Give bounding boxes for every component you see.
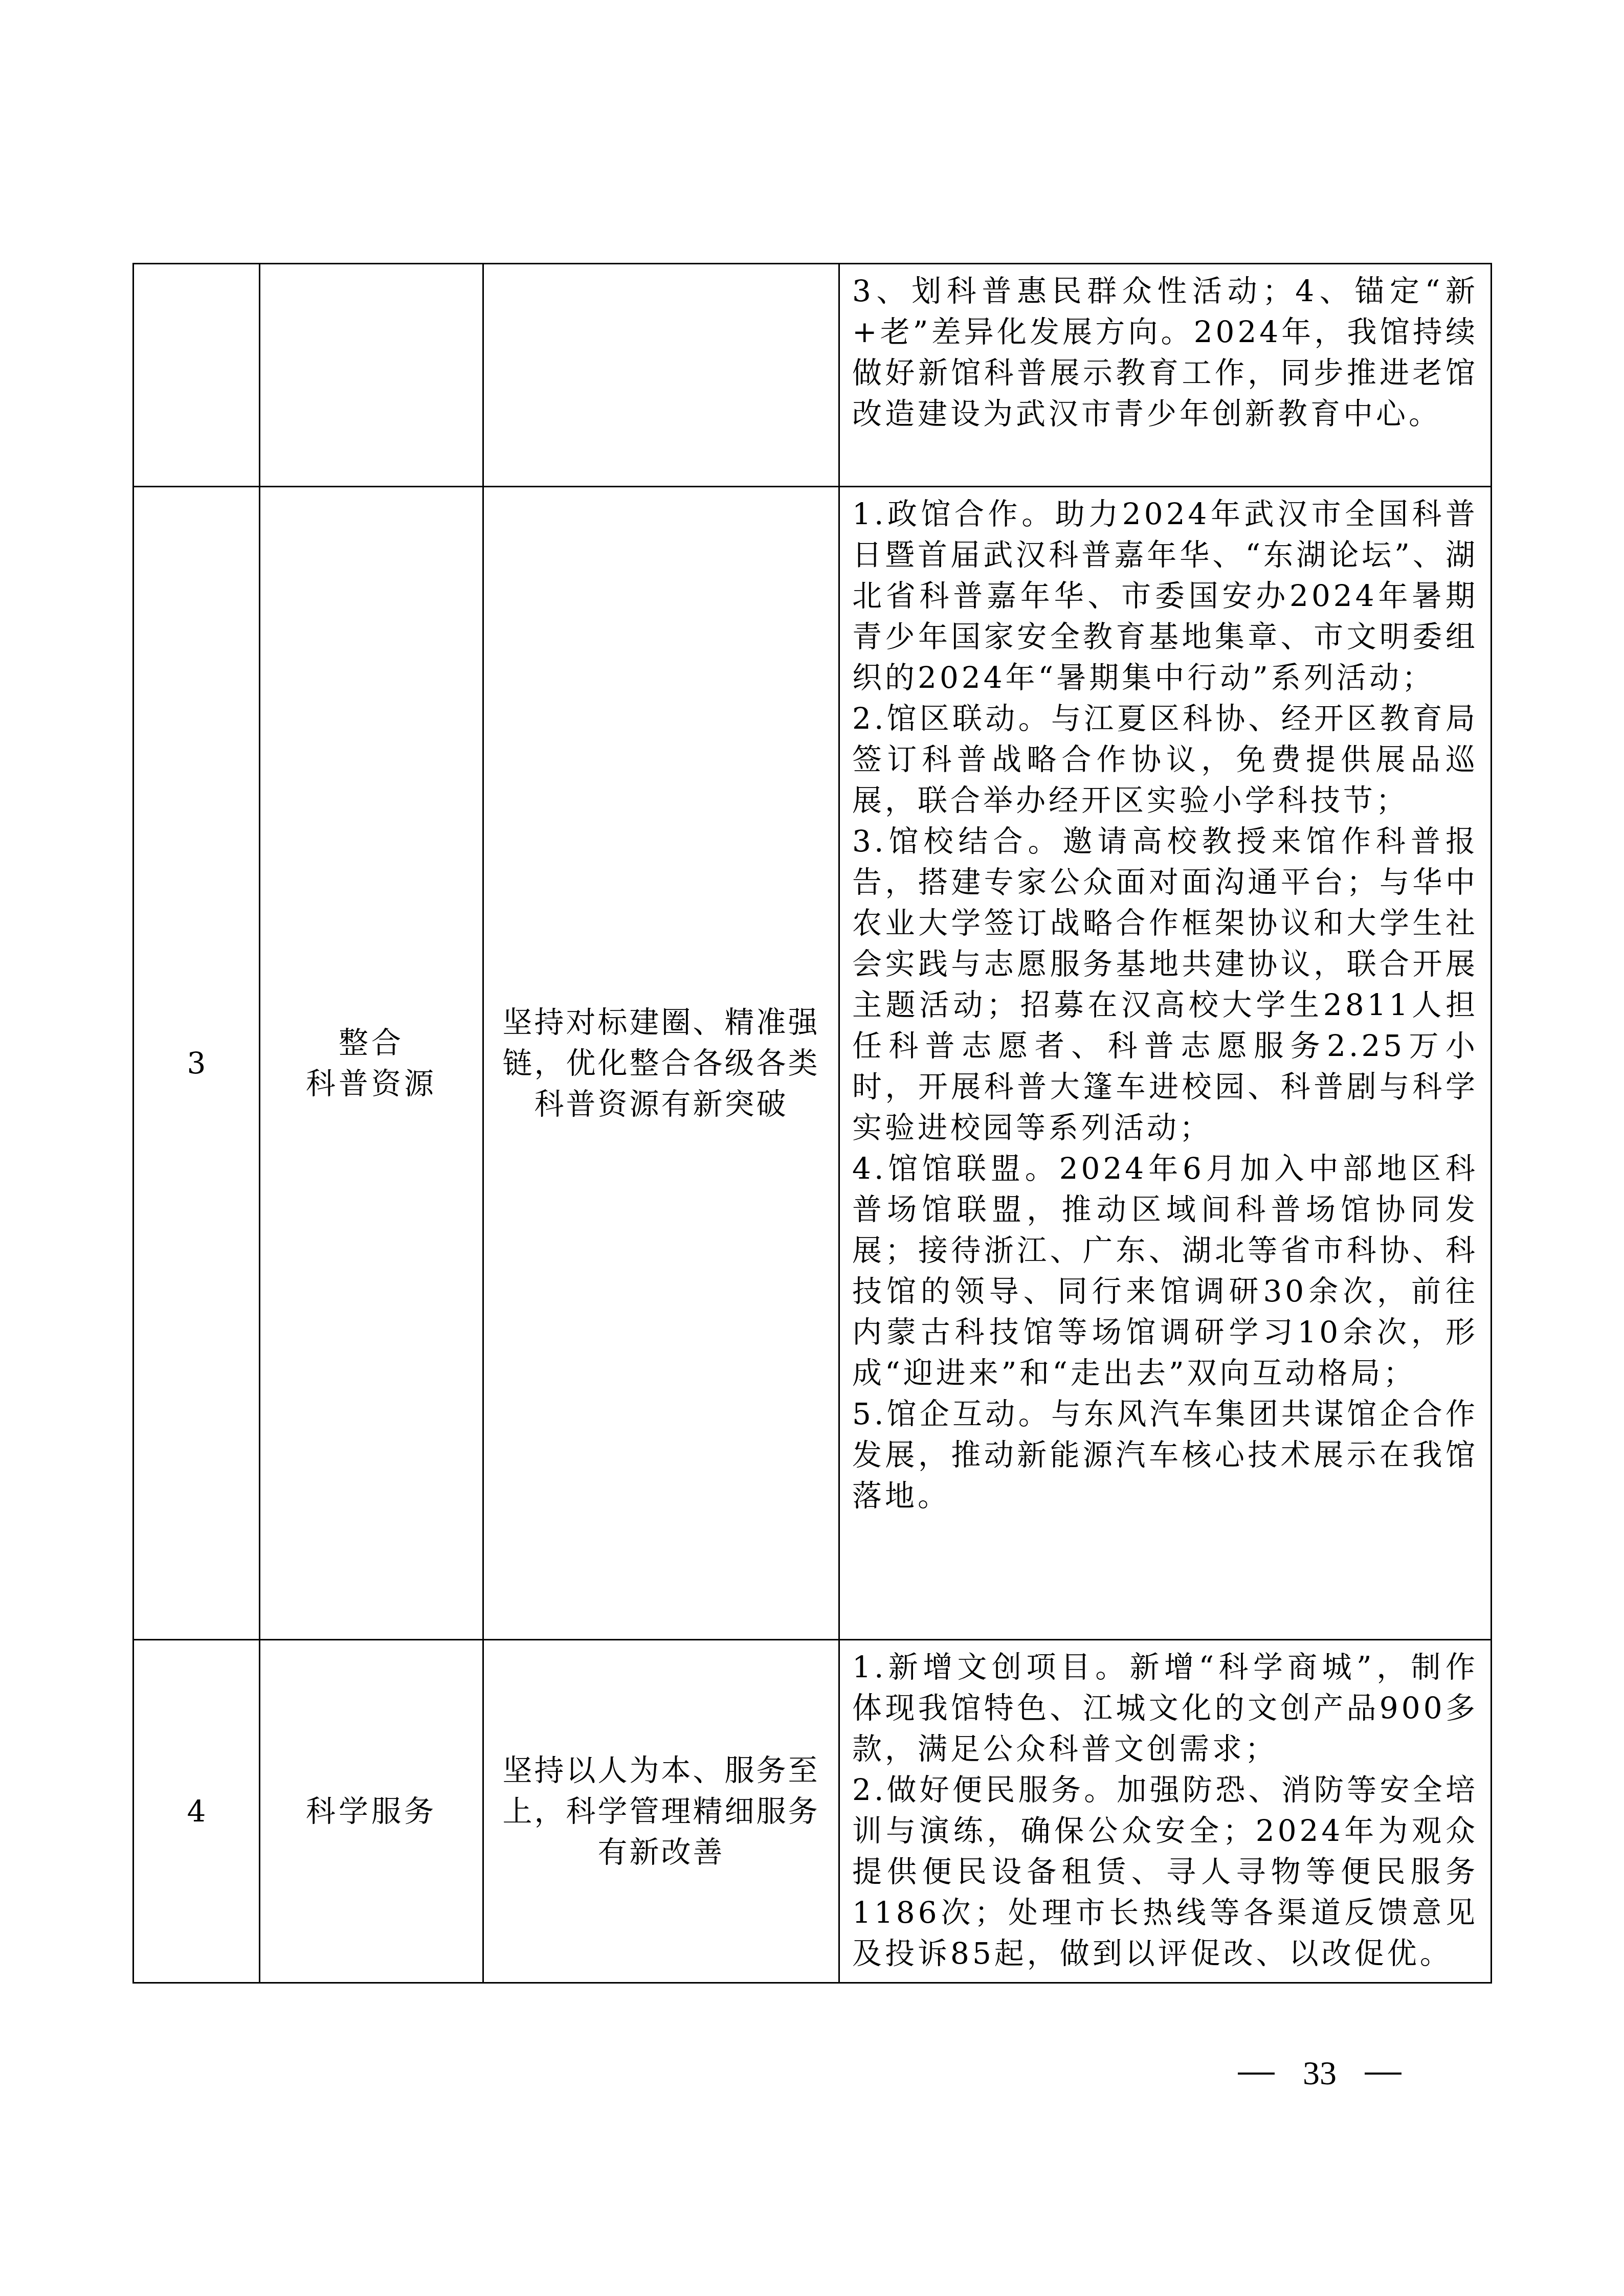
index-cell [134,264,260,487]
details-cell: 1.政馆合作。助力2024年武汉市全国科普日暨首届武汉科普嘉年华、“东湖论坛”、… [839,487,1492,1640]
details-cell: 3、划科普惠民群众性活动；4、锚定“新+老”差异化发展方向。2024年，我馆持续… [839,264,1492,487]
table-row: 4 科学服务 坚持以人为本、服务至上，科学管理精细服务有新改善 1.新增文创项目… [134,1640,1492,1983]
details-paragraph: 5.馆企互动。与东风汽车集团共谋馆企合作发展，推动新能源汽车核心技术展示在我馆落… [852,1393,1478,1516]
details-paragraph: 4.馆馆联盟。2024年6月加入中部地区科普场馆联盟，推动区域间科普场馆协同发展… [852,1148,1478,1393]
task-name-line: 科普资源 [260,1063,482,1104]
work-summary-table: 3、划科普惠民群众性活动；4、锚定“新+老”差异化发展方向。2024年，我馆持续… [132,263,1490,1984]
page-footer: 33 [1238,2058,1401,2089]
table-row: 3 整合 科普资源 坚持对标建圈、精准强链，优化整合各级各类科普资源有新突破 1… [134,487,1492,1640]
task-name-line: 整合 [260,1022,482,1063]
details-paragraph: 2.馆区联动。与江夏区科协、经开区教育局签订科普战略合作协议，免费提供展品巡展，… [852,698,1478,821]
details-cell: 1.新增文创项目。新增“科学商城”，制作体现我馆特色、江城文化的文创产品900多… [839,1640,1492,1983]
dash-left [1238,2073,1275,2075]
table-row-continuation: 3、划科普惠民群众性活动；4、锚定“新+老”差异化发展方向。2024年，我馆持续… [134,264,1492,487]
details-paragraph: 3.馆校结合。邀请高校教授来馆作科普报告，搭建专家公众面对面沟通平台；与华中农业… [852,821,1478,1148]
index-cell: 3 [134,487,260,1640]
task-name-cell: 科学服务 [260,1640,483,1983]
details-paragraph: 3、划科普惠民群众性活动；4、锚定“新+老”差异化发展方向。2024年，我馆持续… [852,271,1478,434]
task-name-cell: 整合 科普资源 [260,487,483,1640]
table: 3、划科普惠民群众性活动；4、锚定“新+老”差异化发展方向。2024年，我馆持续… [132,263,1492,1984]
task-name-line: 科学服务 [260,1791,482,1832]
page-number: 33 [1303,2058,1337,2089]
goal-cell: 坚持对标建圈、精准强链，优化整合各级各类科普资源有新突破 [483,487,839,1640]
task-name-cell [260,264,483,487]
index-cell: 4 [134,1640,260,1983]
dash-right [1365,2073,1401,2075]
details-paragraph: 2.做好便民服务。加强防恐、消防等安全培训与演练，确保公众安全；2024年为观众… [852,1769,1478,1974]
goal-cell [483,264,839,487]
details-paragraph: 1.政馆合作。助力2024年武汉市全国科普日暨首届武汉科普嘉年华、“东湖论坛”、… [852,493,1478,698]
goal-cell: 坚持以人为本、服务至上，科学管理精细服务有新改善 [483,1640,839,1983]
details-paragraph: 1.新增文创项目。新增“科学商城”，制作体现我馆特色、江城文化的文创产品900多… [852,1647,1478,1769]
